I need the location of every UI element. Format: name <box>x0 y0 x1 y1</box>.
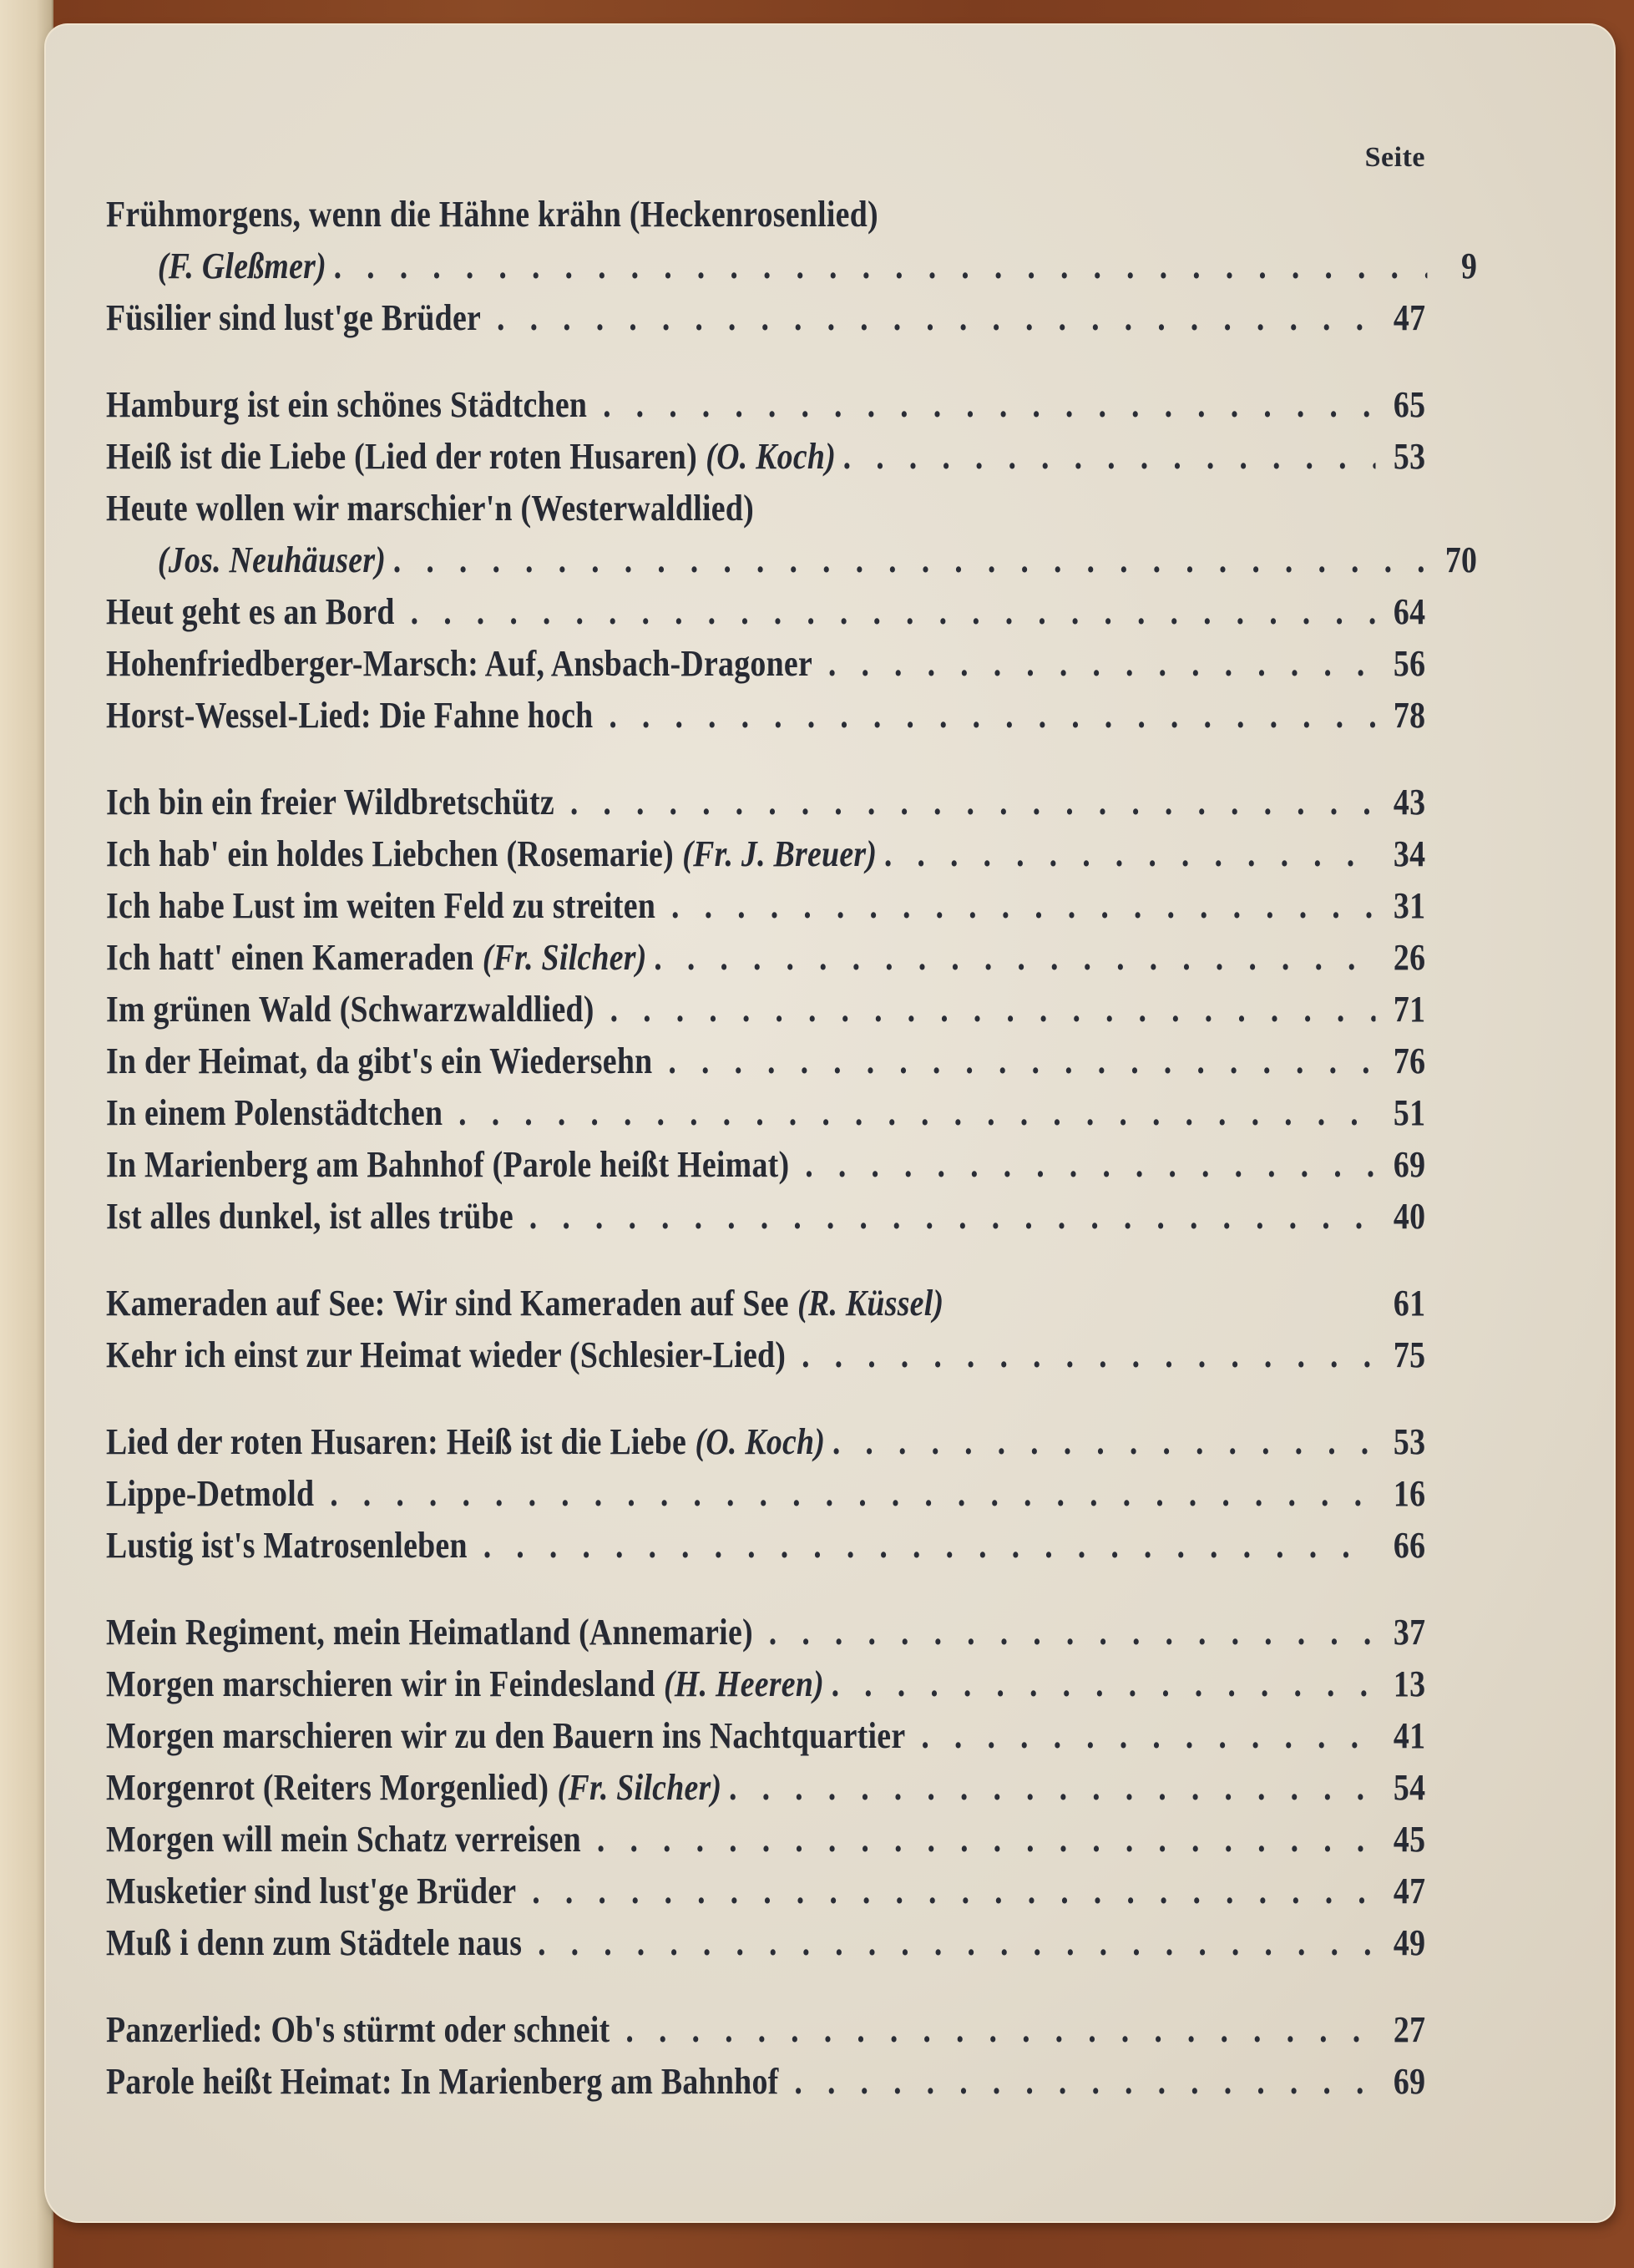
index-entry: Ich bin ein freier Wildbretschütz43 <box>106 777 1425 828</box>
page-number: 37 <box>1383 1607 1426 1658</box>
song-title: Kehr ich einst zur Heimat wieder (Schles… <box>106 1329 786 1381</box>
dot-leader <box>411 586 1375 638</box>
composer-credit: (Fr. Silcher) <box>483 932 647 984</box>
page-number: 53 <box>1383 1416 1426 1468</box>
page-number: 27 <box>1383 2004 1426 2056</box>
index-entry: Morgenrot (Reiters Morgenlied)(Fr. Silch… <box>106 1762 1425 1814</box>
page-number: 70 <box>1434 534 1478 586</box>
composer-credit: (F. Gleßmer) <box>158 240 326 292</box>
index-entry: Heute wollen wir marschier'n (Westerwald… <box>106 483 1425 534</box>
composer-credit: (Fr. Silcher) <box>558 1762 722 1814</box>
index-group-k: Kameraden auf See: Wir sind Kameraden au… <box>106 1278 1425 1381</box>
song-title: Kameraden auf See: Wir sind Kameraden au… <box>106 1278 789 1329</box>
dot-leader <box>330 1468 1375 1520</box>
song-title: Horst-Wessel-Lied: Die Fahne hoch <box>106 690 593 742</box>
page-number: 41 <box>1383 1710 1426 1762</box>
index-entry: Ich hab' ein holdes Liebchen (Rosemarie)… <box>106 828 1425 880</box>
dot-leader <box>729 1762 1375 1814</box>
index-group-p: Panzerlied: Ob's stürmt oder schneit27Pa… <box>106 2004 1425 2108</box>
page-number: 47 <box>1383 292 1426 344</box>
page-number: 43 <box>1383 777 1426 828</box>
index-entry: Kameraden auf See: Wir sind Kameraden au… <box>106 1278 1425 1329</box>
index-entry: Lied der roten Husaren: Heiß ist die Lie… <box>106 1416 1425 1468</box>
dot-leader <box>538 1917 1375 1969</box>
dot-leader <box>570 777 1375 828</box>
index-entry: Heut geht es an Bord64 <box>106 586 1425 638</box>
index-group-m: Mein Regiment, mein Heimatland (Annemari… <box>106 1607 1425 1969</box>
dot-leader <box>458 1087 1375 1139</box>
index-entry: In einem Polenstädtchen51 <box>106 1087 1425 1139</box>
index-group-f: Frühmorgens, wenn die Hähne krähn (Hecke… <box>106 189 1425 344</box>
page-number: 69 <box>1383 1139 1426 1191</box>
song-title: Muß i denn zum Städtele naus <box>106 1917 522 1969</box>
index-entry: Im grünen Wald (Schwarzwaldlied)71 <box>106 984 1425 1035</box>
song-title: Heut geht es an Bord <box>106 586 395 638</box>
dot-leader <box>483 1520 1375 1572</box>
song-title: Hamburg ist ein schönes Städtchen <box>106 379 587 431</box>
page-number: 16 <box>1383 1468 1426 1520</box>
dot-leader <box>625 2004 1375 2056</box>
dot-leader <box>884 828 1375 880</box>
song-title: Morgen marschieren wir in Feindesland <box>106 1658 655 1710</box>
index-entry: In Marienberg am Bahnhof (Parole heißt H… <box>106 1139 1425 1191</box>
page-number: 66 <box>1383 1520 1426 1572</box>
song-title: Ist alles dunkel, ist alles trübe <box>106 1191 513 1243</box>
song-title: Heiß ist die Liebe (Lied der roten Husar… <box>106 431 697 483</box>
dot-leader <box>668 1035 1375 1087</box>
index-groups: Frühmorgens, wenn die Hähne krähn (Hecke… <box>106 189 1425 2108</box>
song-title: Heute wollen wir marschier'n (Westerwald… <box>106 483 754 534</box>
index-entry: Heiß ist die Liebe (Lied der roten Husar… <box>106 431 1425 483</box>
page-number: 53 <box>1383 431 1426 483</box>
page-number: 75 <box>1383 1329 1426 1381</box>
dot-leader <box>654 932 1375 984</box>
index-group-l: Lied der roten Husaren: Heiß ist die Lie… <box>106 1416 1425 1572</box>
book-page: Seite Frühmorgens, wenn die Hähne krähn … <box>46 25 1614 2221</box>
song-index: Seite Frühmorgens, wenn die Hähne krähn … <box>106 142 1425 2143</box>
song-title: Morgen marschieren wir zu den Bauern ins… <box>106 1710 905 1762</box>
page-number: 13 <box>1383 1658 1426 1710</box>
index-entry: Lippe-Detmold16 <box>106 1468 1425 1520</box>
index-entry: (F. Gleßmer)9 <box>106 240 1477 292</box>
index-entry: Parole heißt Heimat: In Marienberg am Ba… <box>106 2056 1425 2108</box>
dot-leader <box>832 1416 1375 1468</box>
dot-leader <box>603 379 1375 431</box>
index-group-h: Hamburg ist ein schönes Städtchen65Heiß … <box>106 379 1425 742</box>
dot-leader <box>832 1658 1375 1710</box>
page-number: 65 <box>1383 379 1426 431</box>
index-entry: Füsilier sind lust'ge Brüder47 <box>106 292 1425 344</box>
dot-leader <box>671 880 1375 932</box>
index-entry: In der Heimat, da gibt's ein Wiedersehn7… <box>106 1035 1425 1087</box>
index-entry: Morgen marschieren wir zu den Bauern ins… <box>106 1710 1425 1762</box>
dot-leader <box>609 690 1375 742</box>
dot-leader <box>769 1607 1375 1658</box>
composer-credit: (R. Küssel) <box>797 1278 943 1329</box>
dot-leader <box>802 1329 1375 1381</box>
dot-leader <box>597 1814 1375 1866</box>
page-column-header: Seite <box>106 142 1425 174</box>
index-entry: Morgen marschieren wir in Feindesland(H.… <box>106 1658 1425 1710</box>
song-title: Lustig ist's Matrosenleben <box>106 1520 468 1572</box>
index-entry: Frühmorgens, wenn die Hähne krähn (Hecke… <box>106 189 1425 240</box>
index-entry: Morgen will mein Schatz verreisen45 <box>106 1814 1425 1866</box>
dot-leader <box>921 1710 1375 1762</box>
composer-credit: (O. Koch) <box>695 1416 825 1468</box>
song-title: Ich habe Lust im weiten Feld zu streiten <box>106 880 655 932</box>
page-number: 45 <box>1383 1814 1426 1866</box>
composer-credit: (O. Koch) <box>706 431 836 483</box>
composer-credit: (Jos. Neuhäuser) <box>158 534 386 586</box>
page-number: 69 <box>1383 2056 1426 2108</box>
index-entry: Ich hatt' einen Kameraden(Fr. Silcher)26 <box>106 932 1425 984</box>
song-title: In Marienberg am Bahnhof (Parole heißt H… <box>106 1139 789 1191</box>
page-number: 56 <box>1383 638 1426 690</box>
index-entry: Kehr ich einst zur Heimat wieder (Schles… <box>106 1329 1425 1381</box>
song-title: Lied der roten Husaren: Heiß ist die Lie… <box>106 1416 686 1468</box>
page-number: 9 <box>1434 240 1478 292</box>
index-entry: (Jos. Neuhäuser)70 <box>106 534 1477 586</box>
song-title: Hohenfriedberger-Marsch: Auf, Ansbach-Dr… <box>106 638 812 690</box>
index-entry: Horst-Wessel-Lied: Die Fahne hoch78 <box>106 690 1425 742</box>
dot-leader <box>843 431 1375 483</box>
page-number: 76 <box>1383 1035 1426 1087</box>
page-number: 64 <box>1383 586 1426 638</box>
song-title: In einem Polenstädtchen <box>106 1087 443 1139</box>
song-title: Panzerlied: Ob's stürmt oder schneit <box>106 2004 610 2056</box>
composer-credit: (H. Heeren) <box>664 1658 824 1710</box>
dot-leader <box>497 292 1375 344</box>
dot-leader <box>794 2056 1375 2108</box>
dot-leader <box>805 1139 1375 1191</box>
song-title: Ich bin ein freier Wildbretschütz <box>106 777 554 828</box>
index-entry: Lustig ist's Matrosenleben66 <box>106 1520 1425 1572</box>
page-number: 31 <box>1383 880 1426 932</box>
song-title: Frühmorgens, wenn die Hähne krähn (Hecke… <box>106 189 878 240</box>
song-title: Morgen will mein Schatz verreisen <box>106 1814 581 1866</box>
page-number: 78 <box>1383 690 1426 742</box>
song-title: Füsilier sind lust'ge Brüder <box>106 292 481 344</box>
index-entry: Musketier sind lust'ge Brüder47 <box>106 1866 1425 1917</box>
page-number: 26 <box>1383 932 1426 984</box>
song-title: Musketier sind lust'ge Brüder <box>106 1866 516 1917</box>
song-title: Ich hab' ein holdes Liebchen (Rosemarie) <box>106 828 674 880</box>
index-entry: Ist alles dunkel, ist alles trübe40 <box>106 1191 1425 1243</box>
page-number: 71 <box>1383 984 1426 1035</box>
dot-leader <box>529 1191 1375 1243</box>
index-entry: Hamburg ist ein schönes Städtchen65 <box>106 379 1425 431</box>
song-title: In der Heimat, da gibt's ein Wiedersehn <box>106 1035 652 1087</box>
dot-leader <box>610 984 1375 1035</box>
song-title: Lippe-Detmold <box>106 1468 314 1520</box>
dot-leader <box>828 638 1375 690</box>
index-entry: Panzerlied: Ob's stürmt oder schneit27 <box>106 2004 1425 2056</box>
song-title: Morgenrot (Reiters Morgenlied) <box>106 1762 549 1814</box>
page-number: 47 <box>1383 1866 1426 1917</box>
page-number: 51 <box>1383 1087 1426 1139</box>
dot-leader <box>334 240 1427 292</box>
page-number: 34 <box>1383 828 1426 880</box>
dot-leader <box>393 534 1427 586</box>
page-number: 49 <box>1383 1917 1426 1969</box>
index-entry: Hohenfriedberger-Marsch: Auf, Ansbach-Dr… <box>106 638 1425 690</box>
page-number: 54 <box>1383 1762 1426 1814</box>
index-entry: Muß i denn zum Städtele naus49 <box>106 1917 1425 1969</box>
index-group-i: Ich bin ein freier Wildbretschütz43Ich h… <box>106 777 1425 1243</box>
page-number: 61 <box>1383 1278 1426 1329</box>
song-title: Ich hatt' einen Kameraden <box>106 932 474 984</box>
dot-leader <box>532 1866 1375 1917</box>
song-title: Parole heißt Heimat: In Marienberg am Ba… <box>106 2056 778 2108</box>
index-entry: Mein Regiment, mein Heimatland (Annemari… <box>106 1607 1425 1658</box>
song-title: Mein Regiment, mein Heimatland (Annemari… <box>106 1607 753 1658</box>
composer-credit: (Fr. J. Breuer) <box>682 828 877 880</box>
page-number: 40 <box>1383 1191 1426 1243</box>
song-title: Im grünen Wald (Schwarzwaldlied) <box>106 984 594 1035</box>
index-entry: Ich habe Lust im weiten Feld zu streiten… <box>106 880 1425 932</box>
